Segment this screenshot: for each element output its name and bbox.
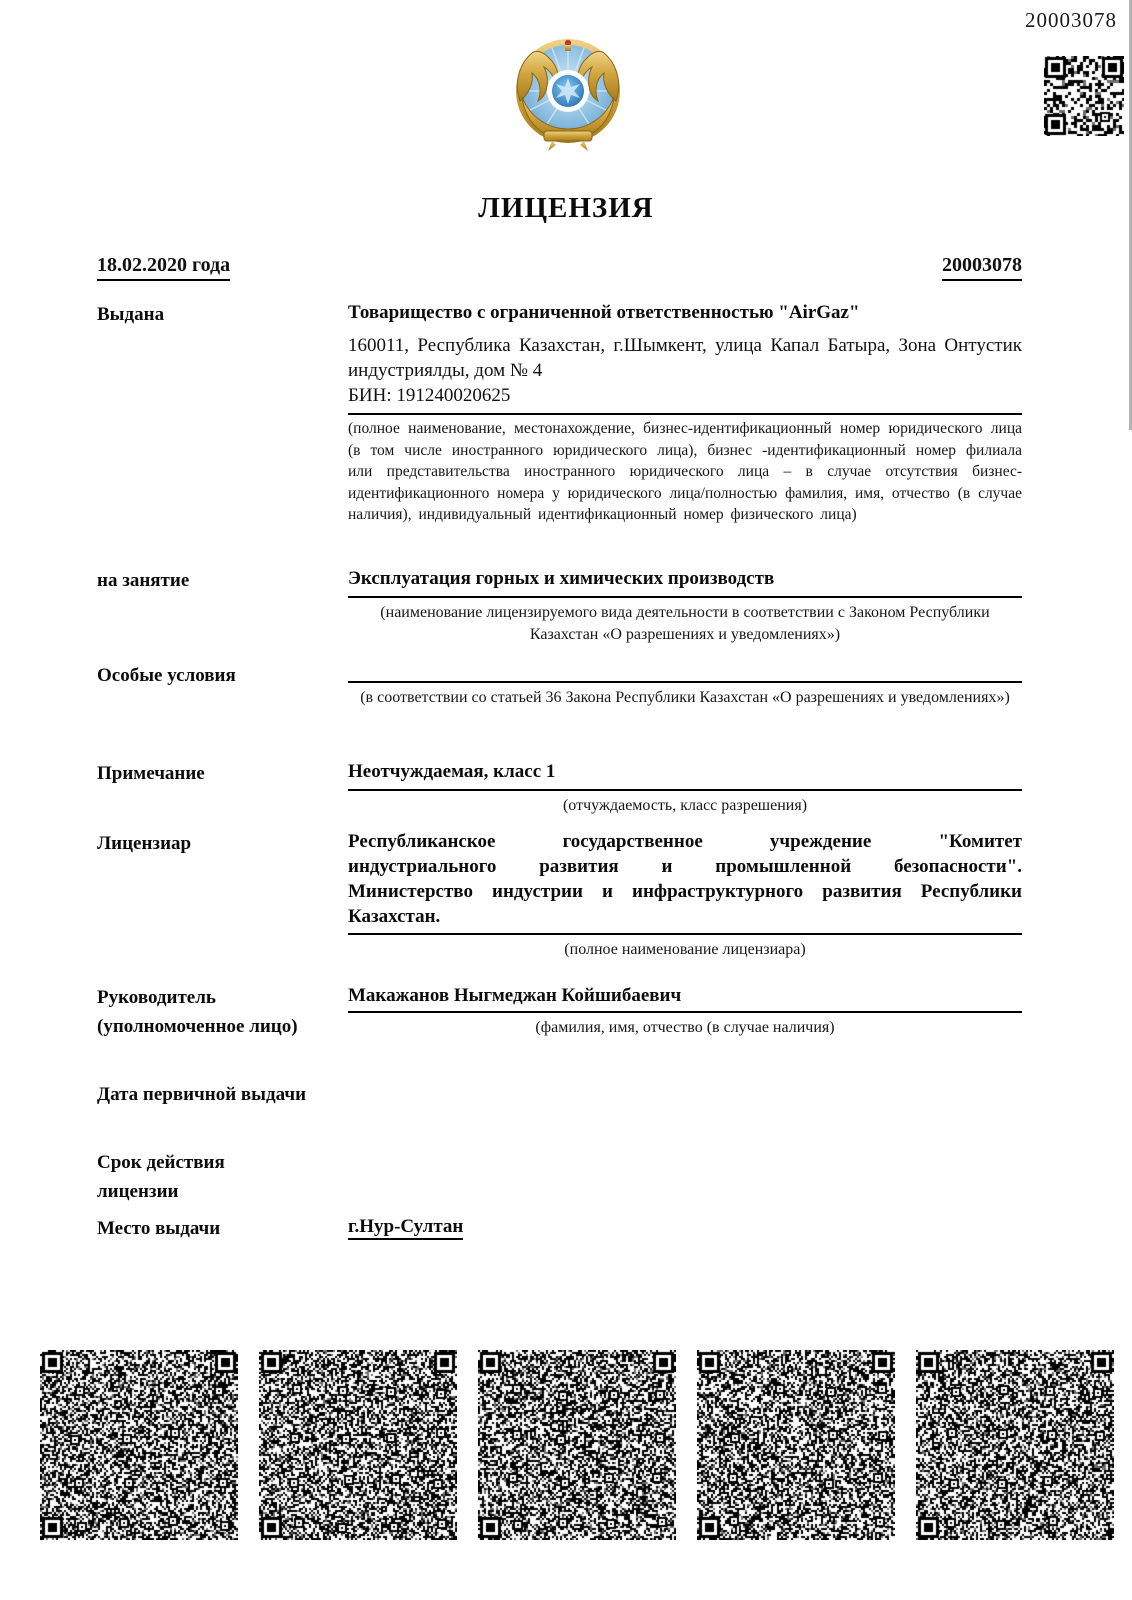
signature-rule [348,413,1022,415]
barcode-block-4 [697,1350,895,1540]
document-title: ЛИЦЕНЗИЯ [0,192,1132,225]
field-label-licensor: Лицензиар [97,829,342,858]
issued-to-name: Товарищество с ограниченной ответственно… [348,300,1022,326]
field-label-validity: Срок действия лицензии [97,1148,257,1206]
barcode-strip [40,1350,1114,1540]
issue-place-value: г.Нур-Султан [348,1216,463,1240]
head-person-value: Макажанов Ныгмеджан Койшибаевич [348,983,1022,1013]
corner-license-number: 20003078 [1025,8,1117,33]
field-note-head-person: (фамилия, имя, отчество (в случае наличи… [348,1017,1022,1039]
field-label-head-person: Руководитель (уполномоченное лицо) [97,983,342,1041]
field-label-issued-to: Выдана [97,300,342,329]
barcode-block-2 [259,1350,457,1540]
barcode-block-3 [478,1350,676,1540]
barcode-block-5 [916,1350,1114,1540]
field-note-special-conditions: (в соответствии со статьей 36 Закона Рес… [348,687,1022,709]
qr-code-canvas [1044,56,1124,136]
special-conditions-value [348,661,1022,683]
issued-to-bin: БИН: 191240020625 [348,383,1022,408]
license-number: 20003078 [942,254,1022,281]
field-label-first-issue-date: Дата первичной выдачи [97,1080,342,1109]
field-label-special-conditions: Особые условия [97,661,342,690]
field-label-remark: Примечание [97,759,342,788]
licensor-value: Республиканское государственное учрежден… [348,829,1022,935]
field-note-licensor: (полное наименование лицензиара) [348,939,1022,961]
issue-date: 18.02.2020 года [97,254,230,281]
issued-to-address: 160011, Республика Казахстан, г.Шымкент,… [348,333,1022,383]
activity-value: Эксплуатация горных и химических произво… [348,566,1022,598]
remark-value: Неотчуждаемая, класс 1 [348,759,1022,791]
kazakhstan-emblem-icon [504,33,632,155]
license-document: 20003078 [0,0,1132,1600]
field-note-remark: (отчуждаемость, класс разрешения) [348,795,1022,817]
field-label-issue-place: Место выдачи [97,1214,342,1243]
qr-code-icon [1044,56,1124,138]
field-label-activity: на занятие [97,566,342,595]
field-note-activity: (наименование лицензируемого вида деятел… [348,602,1022,646]
date-number-row: 18.02.2020 года 20003078 [97,254,1022,281]
field-note-issued-to: (полное наименование, местонахождение, б… [348,418,1022,526]
barcode-block-1 [40,1350,238,1540]
